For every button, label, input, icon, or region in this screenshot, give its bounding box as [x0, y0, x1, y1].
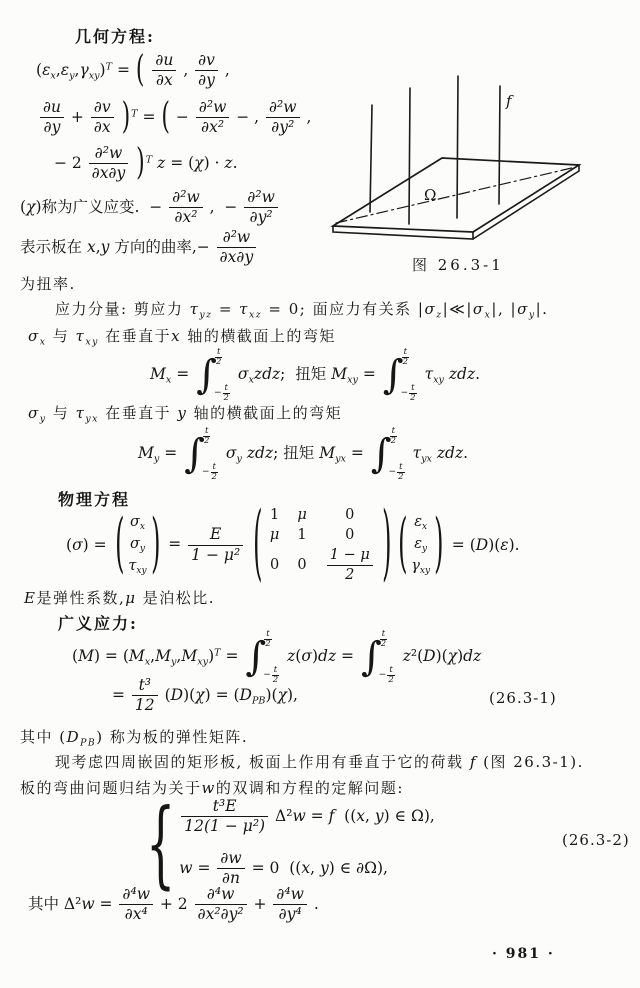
right-paren: ) — [433, 519, 444, 571]
boundary-value-problem: { t³E12(1 − μ²) Δ²w = f ((x, y) ∈ Ω), w … — [146, 798, 435, 887]
plate-para-line-2: 现考虑四周嵌固的矩形板, 板面上作用有垂直于它的荷载 f (图 26.3-1). — [55, 752, 584, 772]
generalized-stress-eq-line-1: (M) = (Mx,My,Mxy)T = ∫t2−t2 z(σ)dz = ∫t2… — [72, 633, 481, 681]
load-arrow — [457, 76, 458, 218]
vector-entry: τxy — [128, 558, 146, 576]
vector-entry: σx — [130, 514, 145, 532]
equation-number-26-3-1: (26.3-1) — [489, 689, 557, 707]
elasticity-note: E是弹性系数,μ 是泊松比. — [24, 588, 215, 608]
left-paren: ( — [114, 519, 125, 571]
section-heading-geometric: 几何方程: — [75, 24, 155, 47]
geometric-eq-line-3: − 2 ∂²w∂x∂y )T z = (χ) · z. — [54, 145, 238, 183]
left-paren: ( — [253, 512, 264, 578]
load-arrow — [370, 105, 372, 212]
figure-26-3-1: f Ω 图 26.3-1 — [330, 72, 630, 282]
plate-load-figure: f Ω — [330, 72, 630, 257]
generalized-stress-eq-line-2: = t³12 (D)(χ) = (DPB)(χ), — [112, 677, 298, 715]
matrix-cell: 1 — [270, 507, 279, 523]
textbook-page: 几何方程: (εx,εy,γxy)T = ( ∂u∂x , ∂v∂y , ∂u∂… — [0, 0, 640, 988]
right-paren: ) — [150, 519, 161, 571]
matrix-cell: 0 — [345, 527, 354, 543]
matrix-cell: μ — [297, 507, 306, 523]
strain-para-line-2: 表示板在 x,y 方向的曲率,− ∂²w∂x∂y — [20, 229, 258, 267]
page-number: · 981 · — [492, 946, 555, 962]
system-brace: { — [146, 796, 175, 890]
matrix-cell: 0 — [270, 557, 279, 573]
plate-para-line-3: 板的弯曲问题归结为关于w的双调和方程的定解问题: — [20, 778, 404, 798]
section-heading-generalized: 广义应力: — [58, 611, 138, 634]
strain-para-line-3: 为扭率. — [20, 274, 76, 294]
vector-entry: γxy — [411, 558, 430, 576]
vector-entry: σy — [130, 536, 145, 554]
stress-para-line-1: 应力分量: 剪应力 τyz = τxz = 0; 面应力有关系 |σz|≪|σx… — [55, 299, 548, 322]
strain-vector: ( εx εy γxy ) — [396, 514, 446, 576]
domain-label: Ω — [424, 186, 436, 204]
matrix-cell: 0 — [297, 557, 306, 573]
load-arrow — [499, 86, 500, 204]
sigma-lead: (σ) = — [66, 536, 107, 554]
matrix-cell: 1 − μ2 — [325, 547, 375, 582]
bvp-equation-2: w = ∂w∂n = 0 ((x, y) ∈ ∂Ω), — [179, 850, 435, 888]
matrix-cell: μ — [270, 527, 279, 543]
load-label: f — [505, 92, 514, 110]
stress-para-line-3: σy 与 τyx 在垂直于 y 轴的横截面上的弯矩 — [28, 403, 342, 426]
right-paren: ) — [381, 512, 392, 578]
plate-midline — [336, 167, 576, 223]
moment-equation-x: Mx = ∫t2−t2 σxzdz; 扭矩 Mxy = ∫t2−t2 τxy z… — [150, 351, 480, 399]
vector-entry: εx — [414, 514, 427, 532]
matrix-cell: 1 — [297, 527, 306, 543]
bvp-equation-1: t³E12(1 − μ²) Δ²w = f ((x, y) ∈ Ω), — [179, 798, 435, 836]
modulus-fraction: = E1 − μ² — [168, 526, 245, 564]
stress-para-line-2: σx 与 τxy 在垂直于x 轴的横截面上的弯矩 — [28, 326, 336, 349]
strain-para-line-1: (χ)称为广义应变. − ∂²w∂x² , − ∂²w∂y² — [20, 189, 280, 227]
geometric-eq-line-2: ∂u∂y + ∂v∂x )T = ( − ∂²w∂x² − , ∂²w∂y² , — [38, 99, 311, 137]
biharmonic-definition: 其中 Δ²w = ∂⁴w∂x⁴ + 2 ∂⁴w∂x²∂y² + ∂⁴w∂y⁴ . — [28, 886, 319, 924]
matrix-cell: 0 — [345, 507, 354, 523]
load-arrow — [409, 88, 410, 224]
left-paren: ( — [397, 519, 408, 571]
geometric-eq-line-1: (εx,εy,γxy)T = ( ∂u∂x , ∂v∂y , — [36, 52, 230, 90]
moment-equation-y: My = ∫t2−t2 σy zdz; 扭矩 Myx = ∫t2−t2 τyx … — [138, 430, 468, 478]
sigma-vector: ( σx σy τxy ) — [113, 514, 163, 576]
vector-entry: εy — [414, 536, 427, 554]
elasticity-matrix: ( 1 μ 0 μ 1 0 0 0 1 − μ2 ) — [251, 507, 393, 582]
equation-number-26-3-2: (26.3-2) — [562, 831, 630, 849]
physical-eq-tail: = (D)(ε). — [452, 536, 520, 554]
physical-equation: (σ) = ( σx σy τxy ) = E1 − μ² ( 1 μ 0 μ … — [66, 503, 520, 587]
plate-para-line-1: 其中 (DPB) 称为板的弹性矩阵. — [20, 727, 248, 750]
figure-caption: 图 26.3-1 — [412, 254, 504, 275]
